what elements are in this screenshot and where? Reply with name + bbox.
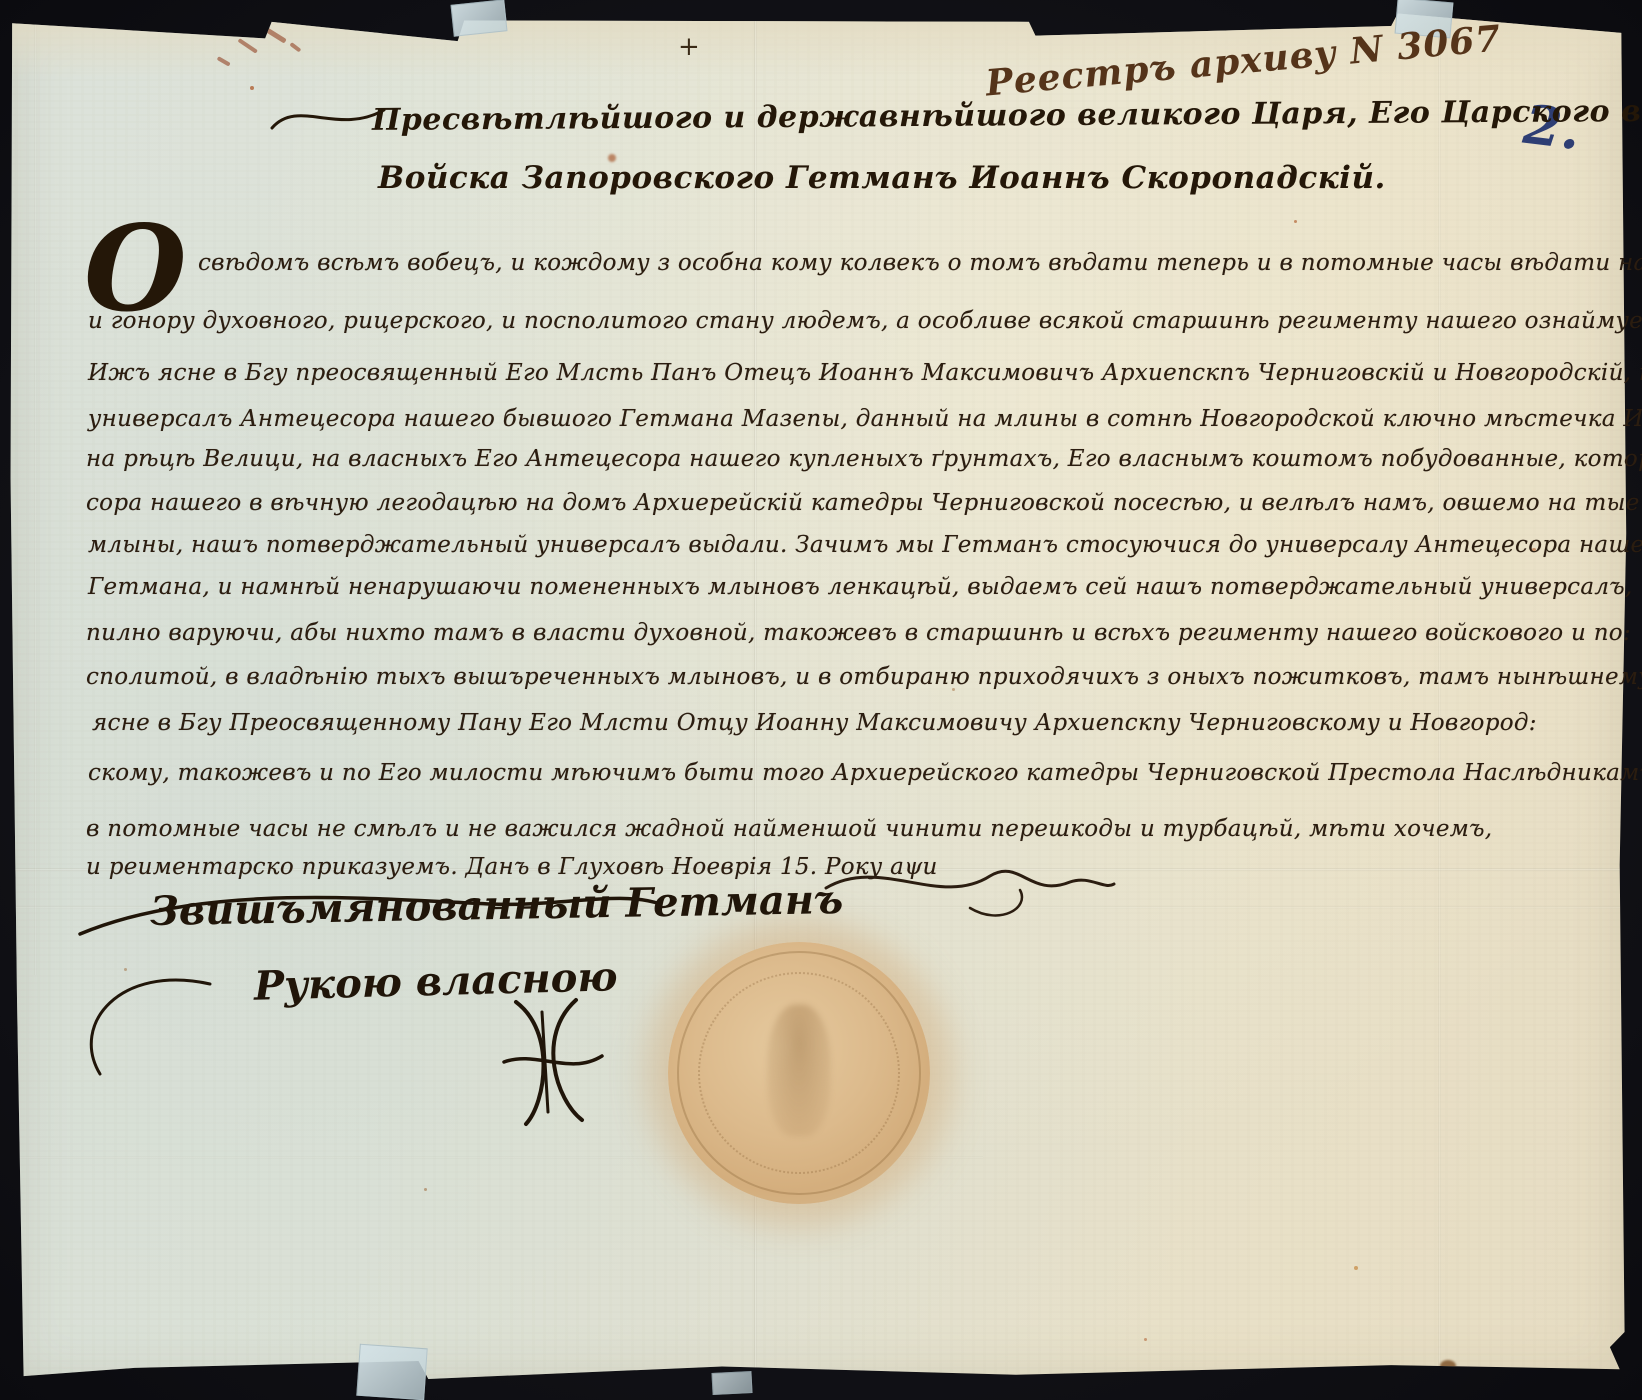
red-ink-marks [208,17,315,90]
collation-mark: + [678,34,700,60]
body-line: сора нашего в вѣчную легодацѣю на домъ А… [86,492,1642,515]
paper-speck [1144,1338,1147,1341]
tape-top-left [450,0,507,37]
tape-bottom-left [356,1344,427,1400]
header-line-2: Войска Запоровского Гетманъ Иоаннъ Скоро… [378,160,1386,196]
paper-speck [124,968,127,971]
body-line: Гетмана, и намнѣй ненарушаючи помененных… [88,576,1633,599]
paper-stain [1440,1360,1456,1372]
seal-cossack-figure [767,1004,831,1136]
body-line: в потомные часы не смѣлъ и не важился жа… [86,818,1492,841]
signature-line-2: Рукою власною [254,957,618,1007]
paper-speck [250,86,254,90]
body-line: ясне в Бгу Преосвященному Пану Его Млсти… [92,712,1537,735]
fold-crease-left-margin [34,8,37,975]
body-line: и гонору духовного, рицерского, и поспол… [88,310,1642,333]
body-line: скому, такожевъ и по Его милости мѣючимъ… [88,762,1642,785]
tape-bottom-middle [711,1371,752,1395]
scan-background: Реестръ архиву N 3067 2. + Пресвѣтлѣйшог… [0,0,1642,1400]
document-paper [4,8,1636,1390]
body-line: универсалъ Антецесора нашего бывшого Гет… [88,408,1642,431]
body-line: свѣдомъ всѣмъ вобецъ, и кождому з особна… [198,252,1642,275]
body-line: сполитой, в владѣнію тыхъ вышъреченныхъ … [86,666,1642,689]
fold-crease-vertical-right [1438,8,1441,1390]
body-line: Ижъ ясне в Бгу преосвященный Его Млсть П… [88,362,1642,385]
body-line: млыны, нашъ потверджательный универсалъ … [88,534,1642,557]
hetman-wax-seal [668,942,930,1204]
paper-speck [424,1188,427,1191]
signature-line-1: Звишъмянованный Гетманъ [150,880,844,932]
paper-speck [1354,1266,1358,1270]
body-line: пилно варуючи, абы нихто тамъ в власти д… [86,622,1631,645]
paper-speck [1294,220,1297,223]
body-line: на рѣцѣ Велици, на власныхъ Его Антецесо… [86,448,1642,471]
